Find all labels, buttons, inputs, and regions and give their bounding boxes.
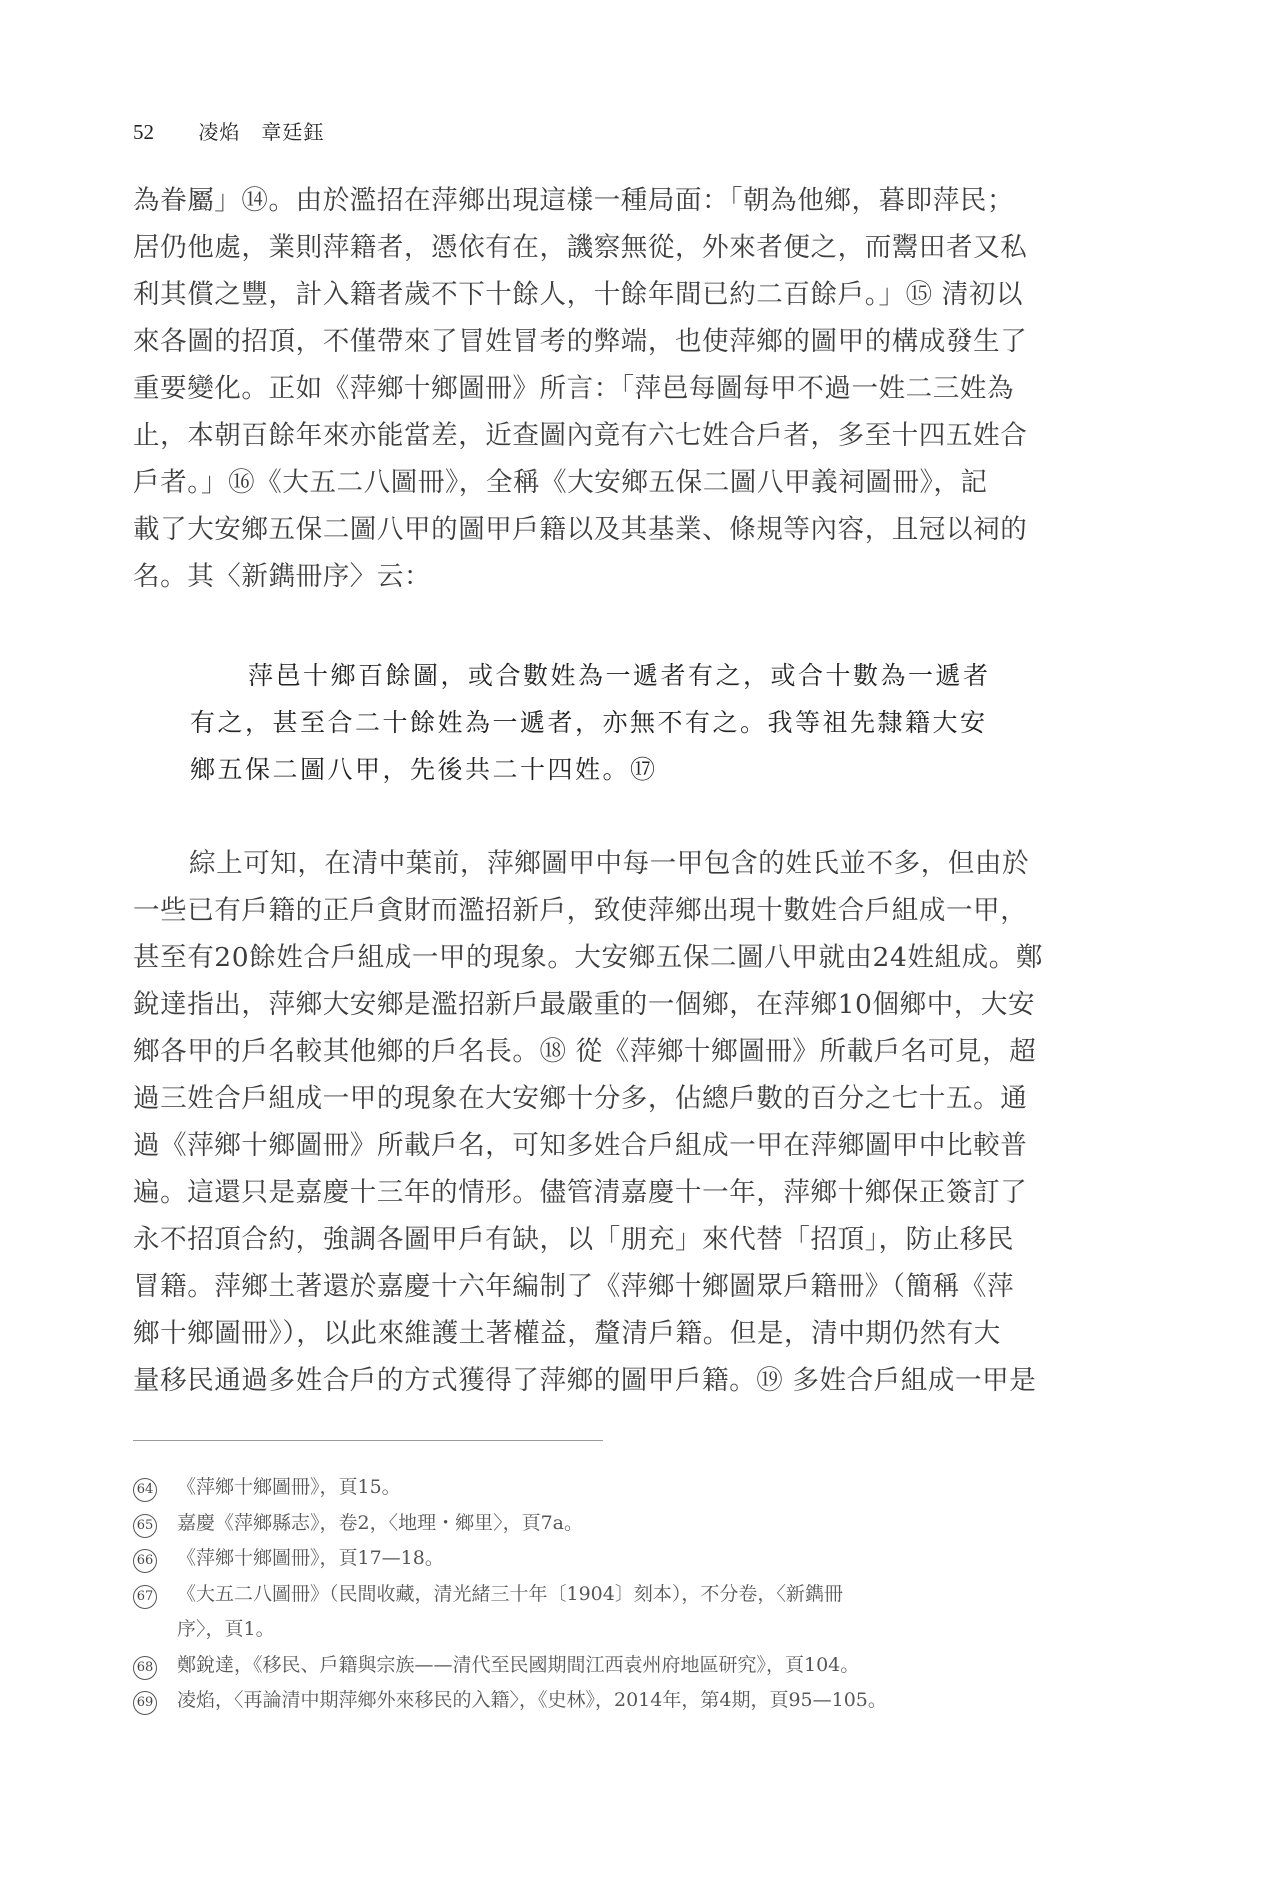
footnote-text: 《萍鄉十鄉圖冊》，頁17—18。 (177, 1541, 1073, 1577)
text-line: 過《萍鄉十鄉圖冊》所載戶名，可知多姓合戶組成一甲在萍鄉圖甲中比較普 (133, 1122, 1069, 1169)
footnote-text: 《萍鄉十鄉圖冊》，頁15。 (177, 1470, 1073, 1506)
text-line: 一些已有戶籍的正戶貪財而濫招新戶，致使萍鄉出現十數姓合戶組成一甲， (133, 887, 1069, 934)
footnote-67: 67 《大五二八圖冊》（民間收藏，清光緒三十年〔1904〕刻本），不分卷，〈新鐫… (133, 1577, 1073, 1648)
footnote-68: 68 鄭銳達，《移民、戶籍與宗族——清代至民國期間江西袁州府地區研究》，頁104… (133, 1648, 1073, 1684)
footnote-separator (133, 1440, 603, 1441)
paragraph-2: 綜上可知，在清中葉前，萍鄉圖甲中每一甲包含的姓氏並不多，但由於 一些已有戶籍的正… (133, 840, 1069, 1404)
footnote-number: 69 (133, 1683, 157, 1719)
text-line: 來各圖的招頂，不僅帶來了冒姓冒考的弊端，也使萍鄉的圖甲的構成發生了 (133, 318, 1069, 365)
footnote-number: 66 (133, 1541, 157, 1577)
footnote-text: 凌焰，〈再論清中期萍鄉外來移民的入籍〉，《史林》，2014年，第4期，頁95—1… (177, 1683, 1073, 1719)
footnote-text: 《大五二八圖冊》（民間收藏，清光緒三十年〔1904〕刻本），不分卷，〈新鐫冊 (177, 1577, 1073, 1613)
running-header: 52 凌焰 章廷鈺 (133, 116, 324, 145)
footnote-text: 鄭銳達，《移民、戶籍與宗族——清代至民國期間江西袁州府地區研究》，頁104。 (177, 1648, 1073, 1684)
footnote-number: 67 (133, 1577, 157, 1613)
footnote-number: 64 (133, 1470, 157, 1506)
text-line: 永不招頂合約，強調各圖甲戶有缺，以「朋充」來代替「招頂」，防止移民 (133, 1216, 1069, 1263)
text-line: 綜上可知，在清中葉前，萍鄉圖甲中每一甲包含的姓氏並不多，但由於 (133, 840, 1069, 887)
footnote-65: 65 嘉慶《萍鄉縣志》，卷2，〈地理・鄉里〉，頁7a。 (133, 1506, 1073, 1542)
text-line: 名。其〈新鐫冊序〉云： (133, 553, 1069, 600)
footnote-number: 68 (133, 1648, 157, 1684)
footnote-69: 69 凌焰，〈再論清中期萍鄉外來移民的入籍〉，《史林》，2014年，第4期，頁9… (133, 1683, 1073, 1719)
quote-line: 鄉五保二圖八甲，先後共二十四姓。⑰ (190, 746, 1020, 793)
text-line: 止，本朝百餘年來亦能當差，近查圖內竟有六七姓合戶者，多至十四五姓合 (133, 412, 1069, 459)
text-line: 居仍他處，業則萍籍者，憑依有在，譏察無從，外來者便之，而鬻田者又私 (133, 224, 1069, 271)
text-line: 利其償之豐，計入籍者歲不下十餘人，十餘年間已約二百餘戶。」⑮ 清初以 (133, 271, 1069, 318)
footnote-66: 66 《萍鄉十鄉圖冊》，頁17—18。 (133, 1541, 1073, 1577)
text-line: 載了大安鄉五保二圖八甲的圖甲戶籍以及其基業、條規等內容，且冠以祠的 (133, 506, 1069, 553)
text-line: 過三姓合戶組成一甲的現象在大安鄉十分多，佔總戶數的百分之七十五。通 (133, 1075, 1069, 1122)
text-line: 甚至有20餘姓合戶組成一甲的現象。大安鄉五保二圖八甲就由24姓組成。鄭 (133, 934, 1069, 981)
text-line: 鄉十鄉圖冊》），以此來維護土著權益，釐清戶籍。但是，清中期仍然有大 (133, 1310, 1069, 1357)
footnotes: 64 《萍鄉十鄉圖冊》，頁15。 65 嘉慶《萍鄉縣志》，卷2，〈地理・鄉里〉，… (133, 1470, 1073, 1719)
text-line: 量移民通過多姓合戶的方式獲得了萍鄉的圖甲戶籍。⑲ 多姓合戶組成一甲是 (133, 1357, 1069, 1404)
running-header-authors: 凌焰 章廷鈺 (198, 120, 324, 144)
block-quote: 萍邑十鄉百餘圖，或合數姓為一遞者有之，或合十數為一遞者 有之，甚至合二十餘姓為一… (190, 652, 1020, 793)
text-line: 銳達指出，萍鄉大安鄉是濫招新戶最嚴重的一個鄉，在萍鄉10個鄉中，大安 (133, 981, 1069, 1028)
text-line: 遍。這還只是嘉慶十三年的情形。儘管清嘉慶十一年，萍鄉十鄉保正簽訂了 (133, 1169, 1069, 1216)
footnote-64: 64 《萍鄉十鄉圖冊》，頁15。 (133, 1470, 1073, 1506)
text-line: 冒籍。萍鄉土著還於嘉慶十六年編制了《萍鄉十鄉圖眾戶籍冊》（簡稱《萍 (133, 1263, 1069, 1310)
page-number: 52 (133, 120, 154, 144)
footnote-text: 序〉，頁1。 (177, 1612, 1073, 1648)
text-line: 鄉各甲的戶名較其他鄉的戶名長。⑱ 從《萍鄉十鄉圖冊》所載戶名可見，超 (133, 1028, 1069, 1075)
footnote-text: 嘉慶《萍鄉縣志》，卷2，〈地理・鄉里〉，頁7a。 (177, 1506, 1073, 1542)
paragraph-1: 為眷屬」⑭。由於濫招在萍鄉出現這樣一種局面：「朝為他鄉，暮即萍民； 居仍他處，業… (133, 177, 1069, 600)
text-line: 為眷屬」⑭。由於濫招在萍鄉出現這樣一種局面：「朝為他鄉，暮即萍民； (133, 177, 1069, 224)
quote-line: 有之，甚至合二十餘姓為一遞者，亦無不有之。我等祖先隸籍大安 (190, 699, 1020, 746)
text-line: 重要變化。正如《萍鄉十鄉圖冊》所言：「萍邑每圖每甲不過一姓二三姓為 (133, 365, 1069, 412)
text-line: 戶者。」⑯《大五二八圖冊》，全稱《大安鄉五保二圖八甲義祠圖冊》，記 (133, 459, 1069, 506)
quote-line: 萍邑十鄉百餘圖，或合數姓為一遞者有之，或合十數為一遞者 (190, 652, 1020, 699)
footnote-number: 65 (133, 1506, 157, 1542)
